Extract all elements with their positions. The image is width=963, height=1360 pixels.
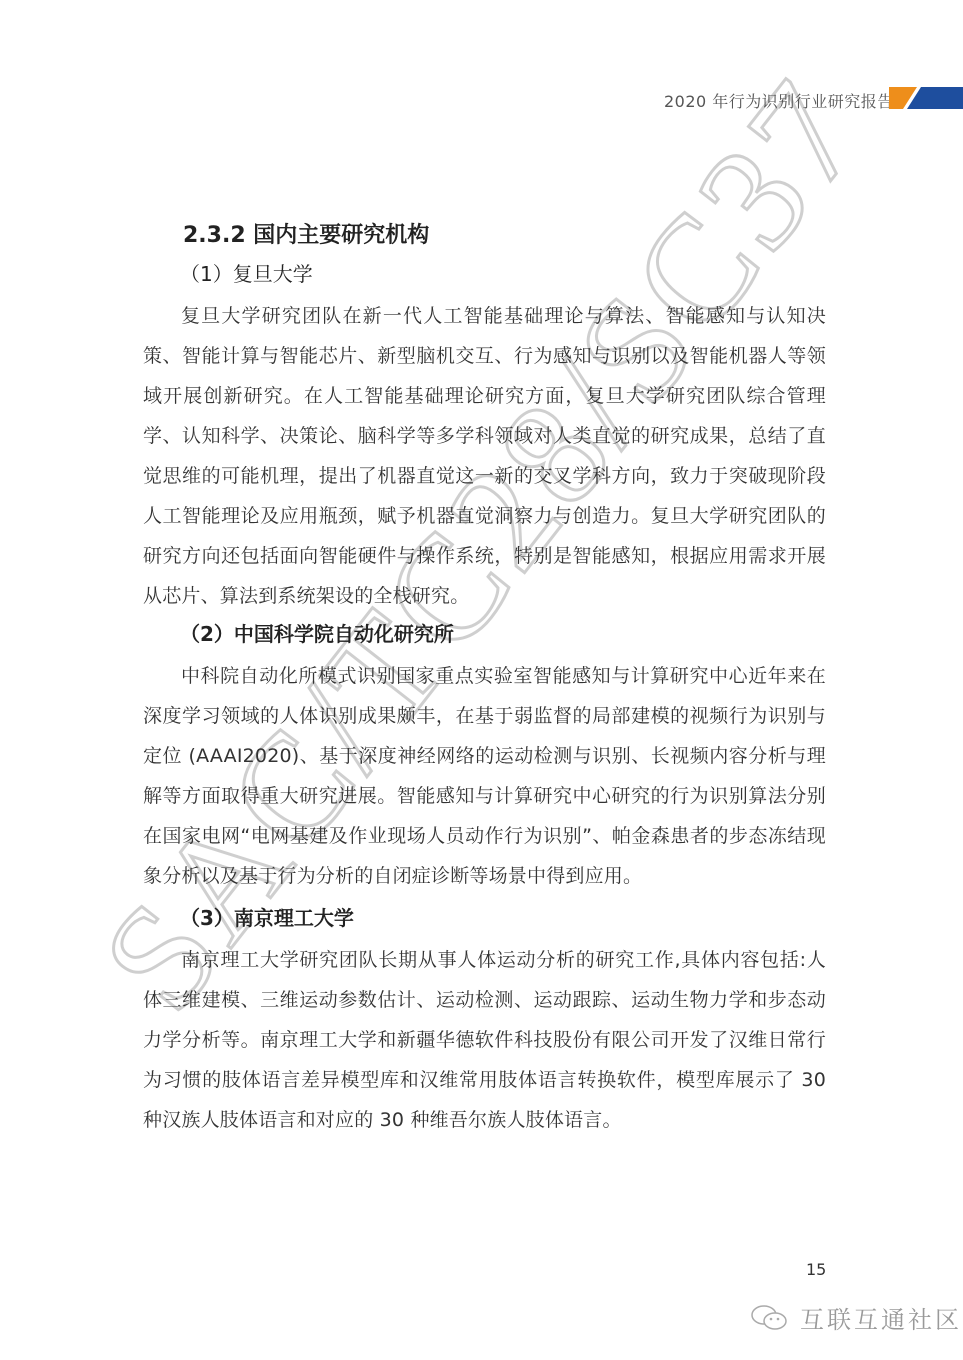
paragraph-njust: 南京理工大学研究团队长期从事人体运动分析的研究工作,具体内容包括:人体三维建模、… xyxy=(143,940,826,1140)
report-header-title: 2020 年行为识别行业研究报告 xyxy=(664,89,894,112)
subsection-heading-njust: （3）南京理工大学 xyxy=(180,900,826,940)
document-body: 2.3.2 国内主要研究机构 （1）复旦大学 复旦大学研究团队在新一代人工智能基… xyxy=(143,216,826,1140)
footer-brand: 互联互通社区 xyxy=(750,1300,962,1335)
subsection-heading-fudan: （1）复旦大学 xyxy=(180,256,826,296)
brand-name: 互联互通社区 xyxy=(800,1300,962,1335)
paragraph-casia: 中科院自动化所模式识别国家重点实验室智能感知与计算研究中心近年来在深度学习领域的… xyxy=(143,656,826,896)
subsection-heading-casia: （2）中国科学院自动化研究所 xyxy=(180,616,826,656)
section-title: 2.3.2 国内主要研究机构 xyxy=(183,216,826,256)
header-stripe-decoration xyxy=(889,87,963,109)
page-number: 15 xyxy=(806,1260,826,1279)
paragraph-fudan: 复旦大学研究团队在新一代人工智能基础理论与算法、智能感知与认知决策、智能计算与智… xyxy=(143,296,826,616)
wechat-icon xyxy=(750,1303,790,1333)
